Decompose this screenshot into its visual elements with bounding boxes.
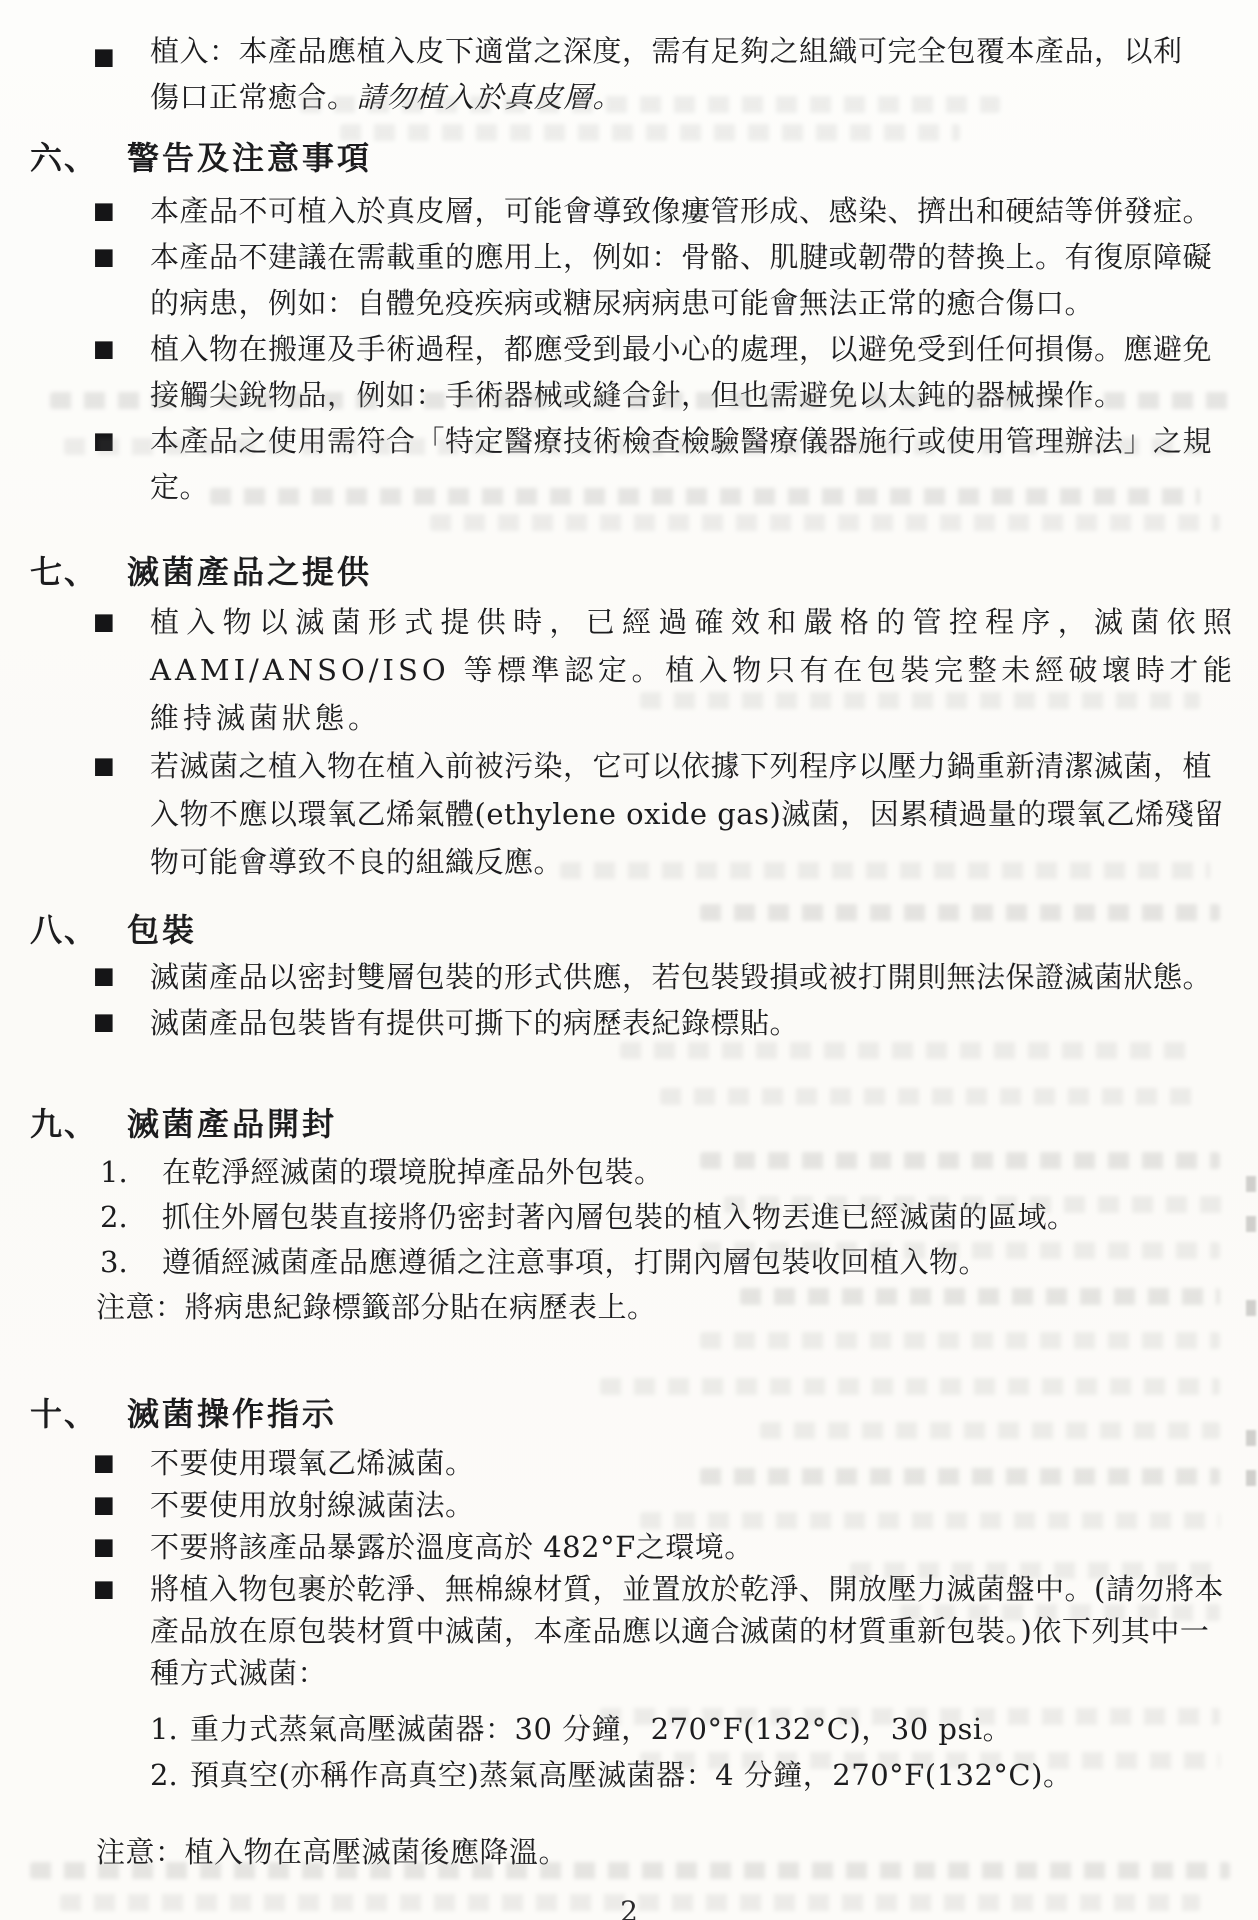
- list-item: ■ 若滅菌之植入物在植入前被污染，它可以依據下列程序以壓力鍋重新清潔滅菌，植入物…: [0, 742, 1258, 886]
- section-6-bullets: ■ 本產品不可植入於真皮層，可能會導致像瘻管形成、感染、擠出和硬結等併發症。 ■…: [0, 188, 1258, 510]
- section-10-note: 注意：植入物在高壓滅菌後應降溫。: [0, 1830, 1258, 1875]
- section-10-bullets: ■ 不要使用環氧乙烯滅菌。 ■ 不要使用放射線滅菌法。 ■ 不要將該產品暴露於溫…: [0, 1442, 1258, 1694]
- square-bullet-icon: ■: [93, 598, 150, 646]
- section-heading-8: 八、 包裝: [0, 908, 1258, 952]
- numbered-method: 1. 重力式蒸氣高壓滅菌器：30 分鐘，270°F(132°C)，30 psi。: [0, 1706, 1258, 1752]
- square-bullet-icon: ■: [93, 326, 150, 372]
- list-item: ■ 不要使用放射線滅菌法。: [0, 1484, 1258, 1526]
- square-bullet-icon: ■: [93, 1568, 150, 1610]
- section-heading-7: 七、 滅菌產品之提供: [0, 550, 1258, 594]
- method-number: 1.: [150, 1706, 190, 1752]
- section-number: 九、: [30, 1102, 127, 1146]
- section-9-steps: 1. 在乾淨經滅菌的環境脫掉產品外包裝。 2. 抓住外層包裝直接將仍密封著內層包…: [0, 1150, 1258, 1330]
- section-number: 十、: [30, 1392, 127, 1436]
- numbered-step: 2. 抓住外層包裝直接將仍密封著內層包裝的植入物丟進已經滅菌的區域。: [0, 1195, 1258, 1240]
- square-bullet-icon: ■: [93, 1526, 150, 1568]
- step-text: 抓住外層包裝直接將仍密封著內層包裝的植入物丟進已經滅菌的區域。: [162, 1195, 1236, 1240]
- section-title: 滅菌產品開封: [127, 1102, 337, 1146]
- numbered-method: 2. 預真空(亦稱作高真空)蒸氣高壓滅菌器：4 分鐘，270°F(132°C)。: [0, 1752, 1258, 1798]
- bullet-text: 不要使用環氧乙烯滅菌。: [150, 1442, 1236, 1484]
- list-item: ■ 不要使用環氧乙烯滅菌。: [0, 1442, 1258, 1484]
- list-item: ■ 植入物以滅菌形式提供時，已經過確效和嚴格的管控程序，滅菌依照 AAMI/AN…: [0, 598, 1258, 742]
- bullet-text: 植入物在搬運及手術過程，都應受到最小心的處理，以避免受到任何損傷。應避免接觸尖銳…: [150, 326, 1236, 418]
- intro-bullet-item: ■ 植入：本產品應植入皮下適當之深度，需有足夠之組織可完全包覆本產品，以利傷口正…: [0, 28, 1258, 120]
- method-text: 重力式蒸氣高壓滅菌器：30 分鐘，270°F(132°C)，30 psi。: [190, 1706, 1236, 1752]
- page-number: 2: [0, 1895, 1258, 1920]
- section-heading-9: 九、 滅菌產品開封: [0, 1102, 1258, 1146]
- square-bullet-icon: ■: [93, 954, 150, 998]
- section-8-bullets: ■ 滅菌產品以密封雙層包裝的形式供應，若包裝毀損或被打開則無法保證滅菌狀態。 ■…: [0, 954, 1258, 1046]
- method-number: 2.: [150, 1752, 190, 1798]
- list-item: ■ 本產品之使用需符合「特定醫療技術檢查檢驗醫療儀器施行或使用管理辦法」之規定。: [0, 418, 1258, 510]
- square-bullet-icon: ■: [93, 28, 150, 86]
- square-bullet-icon: ■: [93, 1442, 150, 1484]
- section-title: 警告及注意事項: [127, 136, 372, 180]
- method-text: 預真空(亦稱作高真空)蒸氣高壓滅菌器：4 分鐘，270°F(132°C)。: [190, 1752, 1236, 1798]
- section-heading-6: 六、 警告及注意事項: [0, 136, 1258, 180]
- bullet-text: 滅菌產品以密封雙層包裝的形式供應，若包裝毀損或被打開則無法保證滅菌狀態。: [150, 954, 1236, 1000]
- bullet-text: 植入物以滅菌形式提供時，已經過確效和嚴格的管控程序，滅菌依照 AAMI/ANSO…: [150, 598, 1236, 742]
- intro-text: 植入：本產品應植入皮下適當之深度，需有足夠之組織可完全包覆本產品，以利傷口正常癒…: [150, 28, 1194, 120]
- list-item: ■ 將植入物包裹於乾淨、無棉線材質，並置放於乾淨、開放壓力滅菌盤中。(請勿將本產…: [0, 1568, 1258, 1694]
- section-number: 六、: [30, 136, 127, 180]
- numbered-step: 3. 遵循經滅菌產品應遵循之注意事項，打開內層包裝收回植入物。: [0, 1240, 1258, 1285]
- step-text: 在乾淨經滅菌的環境脫掉產品外包裝。: [162, 1150, 1236, 1195]
- step-text: 遵循經滅菌產品應遵循之注意事項，打開內層包裝收回植入物。: [162, 1240, 1236, 1285]
- intro-text-normal: 植入：本產品應植入皮下適當之深度，需有足夠之組織可完全包覆本產品，以利傷口正常癒…: [150, 34, 1183, 114]
- section-title: 滅菌操作指示: [127, 1392, 337, 1436]
- bullet-text: 本產品不建議在需載重的應用上，例如：骨骼、肌腱或韌帶的替換上。有復原障礙的病患，…: [150, 234, 1236, 326]
- section-number: 八、: [30, 908, 127, 952]
- step-number: 2.: [100, 1195, 162, 1240]
- list-item: ■ 滅菌產品以密封雙層包裝的形式供應，若包裝毀損或被打開則無法保證滅菌狀態。: [0, 954, 1258, 1000]
- list-item: ■ 本產品不建議在需載重的應用上，例如：骨骼、肌腱或韌帶的替換上。有復原障礙的病…: [0, 234, 1258, 326]
- square-bullet-icon: ■: [93, 1000, 150, 1044]
- bullet-text: 不要將該產品暴露於溫度高於 482°F之環境。: [150, 1526, 1236, 1568]
- bullet-text: 不要使用放射線滅菌法。: [150, 1484, 1236, 1526]
- list-item: ■ 植入物在搬運及手術過程，都應受到最小心的處理，以避免受到任何損傷。應避免接觸…: [0, 326, 1258, 418]
- bullet-text: 滅菌產品包裝皆有提供可撕下的病歷表紀錄標貼。: [150, 1000, 1236, 1046]
- section-heading-10: 十、 滅菌操作指示: [0, 1392, 1258, 1436]
- list-item: ■ 滅菌產品包裝皆有提供可撕下的病歷表紀錄標貼。: [0, 1000, 1258, 1046]
- square-bullet-icon: ■: [93, 742, 150, 790]
- step-number: 1.: [100, 1150, 162, 1195]
- square-bullet-icon: ■: [93, 188, 150, 234]
- list-item: ■ 不要將該產品暴露於溫度高於 482°F之環境。: [0, 1526, 1258, 1568]
- square-bullet-icon: ■: [93, 418, 150, 464]
- square-bullet-icon: ■: [93, 234, 150, 280]
- square-bullet-icon: ■: [93, 1484, 150, 1526]
- numbered-step: 1. 在乾淨經滅菌的環境脫掉產品外包裝。: [0, 1150, 1258, 1195]
- section-9-note: 注意：將病患紀錄標籤部分貼在病歷表上。: [0, 1285, 1258, 1330]
- section-7-bullets: ■ 植入物以滅菌形式提供時，已經過確效和嚴格的管控程序，滅菌依照 AAMI/AN…: [0, 598, 1258, 886]
- bullet-text: 本產品之使用需符合「特定醫療技術檢查檢驗醫療儀器施行或使用管理辦法」之規定。: [150, 418, 1236, 510]
- intro-text-italic: 請勿植入於真皮層。: [357, 80, 623, 114]
- section-title: 滅菌產品之提供: [127, 550, 372, 594]
- bullet-text: 若滅菌之植入物在植入前被污染，它可以依據下列程序以壓力鍋重新清潔滅菌，植入物不應…: [150, 742, 1236, 886]
- section-title: 包裝: [127, 908, 197, 952]
- document-page: ■ 植入：本產品應植入皮下適當之深度，需有足夠之組織可完全包覆本產品，以利傷口正…: [0, 0, 1258, 1920]
- list-item: ■ 本產品不可植入於真皮層，可能會導致像瘻管形成、感染、擠出和硬結等併發症。: [0, 188, 1258, 234]
- section-number: 七、: [30, 550, 127, 594]
- sterilization-methods: 1. 重力式蒸氣高壓滅菌器：30 分鐘，270°F(132°C)，30 psi。…: [0, 1706, 1258, 1798]
- step-number: 3.: [100, 1240, 162, 1285]
- bullet-text: 本產品不可植入於真皮層，可能會導致像瘻管形成、感染、擠出和硬結等併發症。: [150, 188, 1236, 234]
- bullet-text: 將植入物包裹於乾淨、無棉線材質，並置放於乾淨、開放壓力滅菌盤中。(請勿將本產品放…: [150, 1568, 1236, 1694]
